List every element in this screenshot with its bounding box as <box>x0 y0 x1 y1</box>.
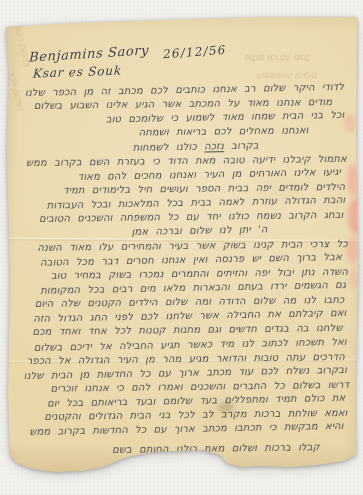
red-stain <box>5 446 15 472</box>
letter-date: 26/12/56 <box>163 43 227 61</box>
letter-paper-shadow: שלום וברכה מכלהמשפחה והביתברכות רבותושלו… <box>5 14 358 477</box>
sender-place: Ksar es Souk <box>33 63 123 80</box>
letter-paper: שלום וברכה מכלהמשפחה והביתברכות רבותושלו… <box>5 14 358 477</box>
handwritten-line: קבלו ברכות ושלום מאת כולנו החותם בשם <box>15 440 350 459</box>
red-stain <box>347 164 361 196</box>
scanner-background: שלום וברכה מכלהמשפחה והביתברכות רבותושלו… <box>0 0 363 495</box>
red-stain <box>348 198 363 234</box>
underlined-word: נזכה <box>204 141 224 152</box>
red-stain <box>349 268 359 290</box>
sender-name: Benjamins Saory <box>29 43 150 65</box>
bleedthrough-text: שלום וברכה מכל <box>245 52 310 62</box>
red-stain <box>346 236 359 264</box>
bleedthrough-text: המשפחה והבית <box>257 70 317 80</box>
letter-body: לדודי היקר שלום רב אנחנו כותבים לכם מכתב… <box>11 82 350 458</box>
